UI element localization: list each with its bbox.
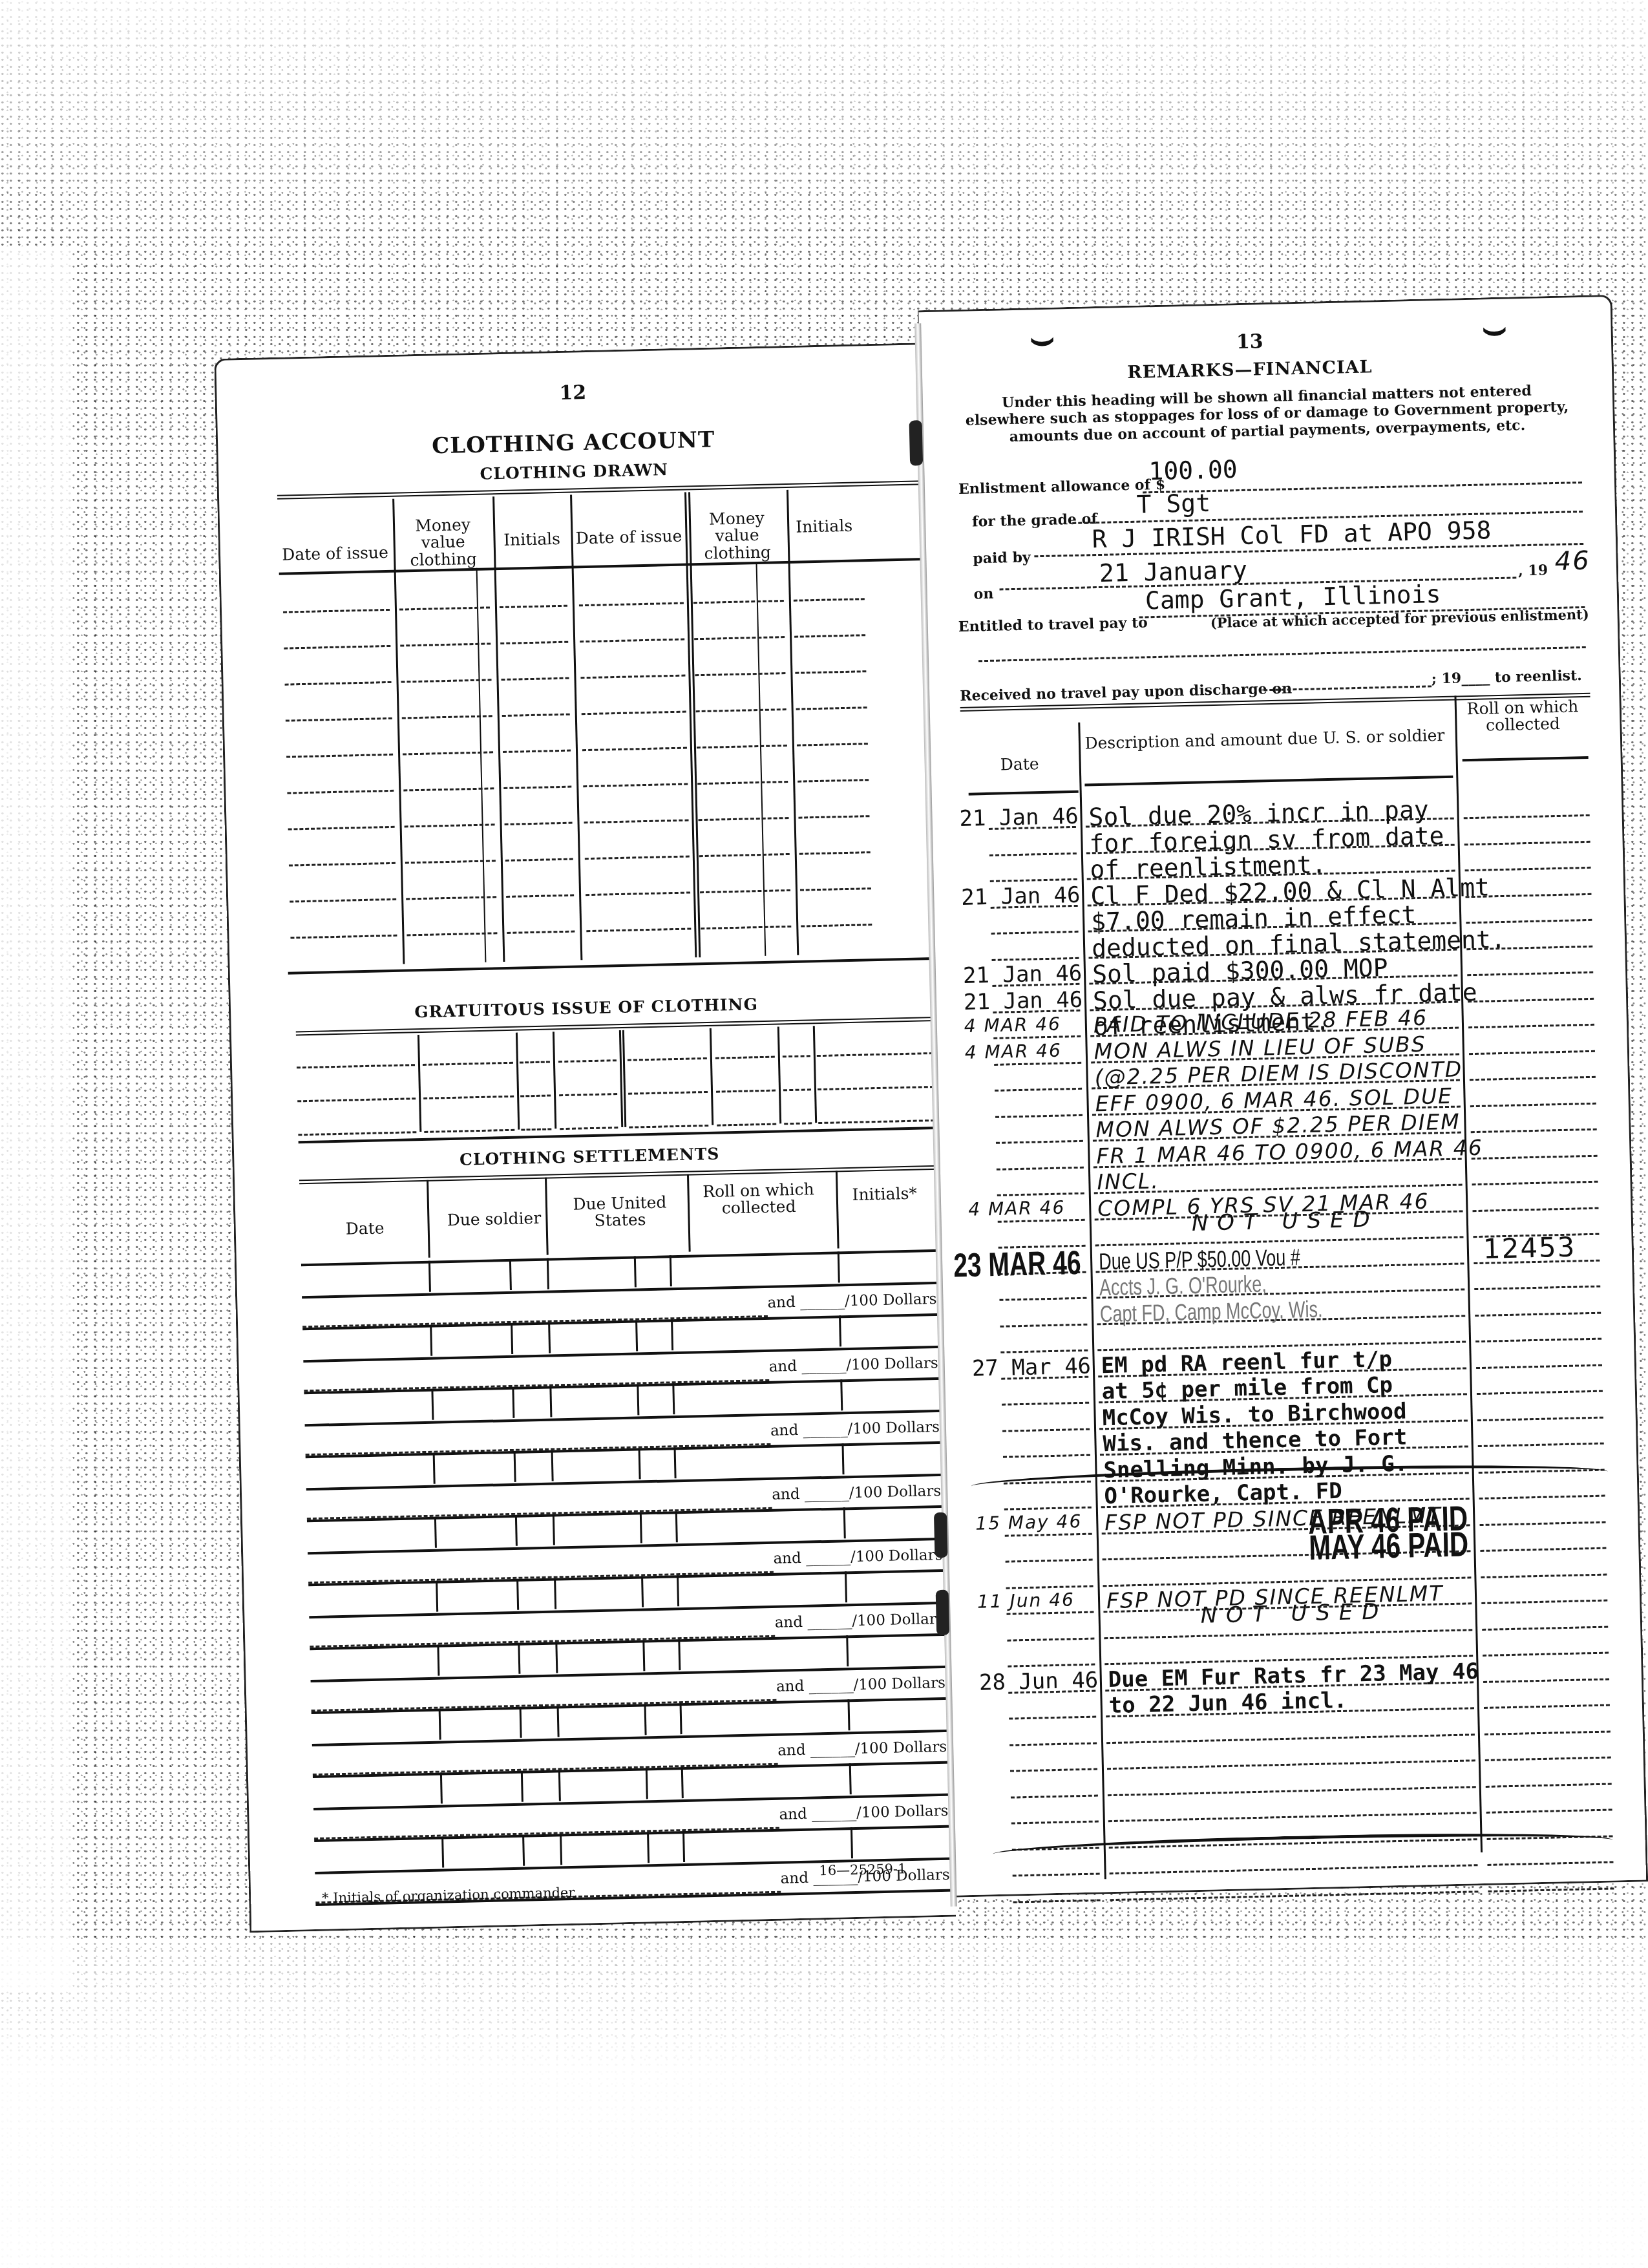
amount-words: and ______/100 Dollars. [767,1291,942,1311]
divider [307,1505,947,1522]
fill-line [978,646,1586,662]
col-divider [428,1261,431,1292]
ruled-line [1468,1024,1594,1028]
col-divider [516,1579,519,1610]
not-used-annotation: NOT USED [1200,1599,1388,1629]
col-divider [439,1709,441,1740]
col-divider [634,1256,637,1288]
col-divider [521,1771,523,1802]
amount-words: and ______/100 Dollars. [774,1611,949,1631]
grade-label: for the grade of [972,511,1097,530]
table-row [586,891,690,896]
entry-line: INCL. [1097,1168,1159,1194]
received-suffix: ; 19____ to reenlist. [1431,667,1583,687]
col-divider [560,1834,562,1865]
col-divider [437,1645,439,1676]
col-divider [640,1512,642,1543]
ruled-line [1464,840,1590,845]
ruled-line [1106,1733,1475,1744]
ruled-line [1472,1154,1598,1159]
table-row [400,642,491,646]
col-divider [641,1576,644,1607]
ruled-line [995,1088,1082,1092]
col-divider [512,1387,514,1418]
table-row [290,935,397,939]
ruled-line [991,931,1079,935]
table-row [289,862,396,867]
amount-words: and ______/100 Dollars. [779,1803,953,1823]
divider [304,1377,944,1394]
col-header: Initials [788,517,860,536]
col-divider [518,1643,520,1674]
ruled-line [1486,1783,1612,1787]
form-number: 16—25259-1 [819,1861,906,1878]
amount-words: and ______/100 Dollars. [776,1675,951,1695]
table-row [818,1086,934,1090]
table-row [582,711,686,715]
ruled-line [1005,1532,1092,1536]
table-row [583,783,688,788]
entry-line: Due US P/P $50.00 Vou # [1099,1244,1301,1275]
entry-date: 21 Jan 46 [963,960,1083,989]
ruled-line [1481,1600,1607,1604]
table-row [290,898,396,903]
table-row [406,896,496,900]
col-divider [836,1171,840,1248]
table-row [424,1129,514,1133]
ruled-line [1108,1786,1476,1796]
divider [299,1127,938,1143]
col-divider [674,1447,677,1478]
divider [314,1825,954,1842]
col-divider [430,1325,432,1356]
table-row [717,1123,776,1127]
ruled-line [1013,1872,1100,1876]
table-row [287,790,394,794]
col-divider [436,1581,438,1612]
ruled-line [1483,1652,1609,1657]
entry-date: 11 Jun 46 [977,1589,1075,1612]
page-number: 12 [559,381,587,405]
ruled-line [999,1297,1086,1301]
ruled-line [1110,1864,1478,1874]
col-divider [777,1026,781,1123]
table-row [558,1059,617,1063]
table-row [298,1131,416,1136]
ruled-line [1486,1808,1612,1813]
table-row [783,1088,811,1091]
table-row [403,751,493,755]
col-divider [813,1026,817,1123]
col-divider [838,1251,840,1282]
col-divider [678,1639,681,1670]
ruled-line [1469,1050,1595,1054]
table-row [507,931,575,934]
col-divider [644,1704,647,1735]
ruled-line [1488,1887,1614,1892]
scan-noise-fade [0,1939,1648,2268]
ruled-line [998,1218,1085,1222]
ruled-line [1485,1757,1611,1761]
amount-words: and ______/100 Dollars. [773,1547,947,1567]
col-header: Initials [494,531,569,549]
table-row [795,670,866,673]
ruled-line [1476,1364,1602,1368]
col-divider [520,1707,522,1738]
col-divider [639,1448,641,1479]
ruled-line [1465,867,1591,871]
ruled-line [1482,1626,1608,1630]
table-row [285,681,392,686]
col-divider [548,1322,551,1353]
ruled-line [1477,1390,1603,1395]
ruled-line [1477,1416,1603,1421]
table-row [794,634,865,637]
col-header: Due soldier [432,1209,556,1229]
open-booklet: 12 CLOTHING ACCOUNT CLOTHING DRAWN Date … [213,295,1638,1922]
intro-text: Under this heading will be shown all fin… [960,381,1575,447]
col-header: Date of issue [572,528,686,547]
binding-clip-icon [909,420,924,465]
table-row [697,745,787,748]
right-page: 13 ⌣ ⌣ REMARKS—FINANCIAL Under this head… [918,295,1648,1898]
col-divider [843,1507,846,1538]
entry-date: 23 MAR 46 [953,1243,1082,1284]
not-used-annotation: NOT USED [1191,1206,1379,1236]
ruled-line [1484,1730,1611,1735]
col-divider [558,1770,561,1801]
col-divider [646,1768,648,1799]
table-row [405,860,496,864]
table-row [286,754,393,758]
ruled-line [1475,1311,1601,1316]
divider [302,1313,942,1330]
ruled-line [1000,1323,1087,1327]
table-row [288,826,395,831]
col-subdivider [755,562,766,956]
ruled-line [994,1061,1081,1065]
col-divider [675,1511,678,1542]
col-divider [849,1763,852,1794]
travel-value: Camp Grant, Illinois [1145,580,1441,615]
table-row [423,1062,513,1066]
table-row [297,1064,415,1068]
enlistment-allowance-value: 100.00 [1148,455,1238,485]
table-row [560,1127,618,1130]
divider [1463,756,1589,761]
paid-stamp: MAY 46 PAID [1309,1524,1469,1568]
table-row [696,708,787,712]
entry-date: 4 MAR 46 [964,1039,1062,1063]
col-divider [622,1030,626,1127]
table-row [582,747,687,752]
divider [1084,776,1453,787]
table-row [801,924,872,927]
entry-date: 4 MAR 46 [968,1196,1066,1220]
ruled-line [1484,1704,1610,1709]
paid-by-label: paid by [973,549,1031,567]
col-divider [647,1832,650,1863]
table-row [629,1125,708,1129]
col-header: Roll on which collected [684,1181,833,1218]
col-header: Roll on which collected [1458,698,1588,735]
col-divider [427,1180,430,1258]
col-divider [441,1837,444,1868]
col-divider [547,1258,549,1289]
col-divider [431,1389,434,1420]
table-row [506,895,574,898]
table-row [403,787,494,791]
ruled-line [1007,1637,1094,1641]
ruled-line [1003,1454,1090,1458]
divider [313,1761,953,1778]
ruled-line [1475,1338,1601,1342]
col-divider [681,1767,684,1798]
ruled-line [1011,1794,1098,1798]
divider [310,1633,949,1650]
col-divider [515,1515,518,1546]
ruled-line [1013,1899,1101,1903]
ruled-line [1472,1181,1598,1185]
divider [277,480,924,500]
clothing-settlements-title: CLOTHING SETTLEMENTS [363,1142,816,1171]
table-row [399,606,490,610]
col-header: Money value clothing [688,509,787,562]
table-row [716,1090,776,1093]
table-row [521,1128,551,1130]
binding-clip-icon [936,1590,950,1635]
table-row [798,815,869,818]
table-row [286,717,392,722]
ruled-line [1104,1629,1472,1639]
table-row [800,887,871,891]
table-row [520,1061,550,1063]
table-row [283,609,390,613]
col-divider [433,1453,436,1484]
table-row [580,675,685,679]
table-row [797,743,868,746]
col-divider [672,1383,675,1414]
ruled-line [993,1035,1081,1039]
col-divider [522,1835,525,1866]
ruled-line [995,1114,1083,1118]
page-number: 13 [1236,330,1264,354]
scan-noise-fade [0,0,1648,246]
col-divider [516,1033,520,1130]
roll-number: 12453 [1483,1231,1576,1264]
col-divider [642,1640,645,1671]
ruled-line [1487,1861,1613,1865]
ruled-line [1011,1821,1099,1825]
ruled-line [1483,1678,1609,1682]
col-divider [434,1517,437,1548]
col-divider [635,1320,638,1351]
col-divider [551,1450,554,1481]
scan-noise-fade [0,246,71,1991]
ruled-line [1474,1286,1600,1290]
amount-words: and ______/100 Dollars. [768,1355,943,1375]
col-divider [846,1635,849,1666]
col-divider [840,1379,843,1410]
ruled-line [1471,1129,1597,1133]
col-header: Due United States [558,1194,682,1231]
divider [308,1569,948,1586]
table-row [796,706,867,710]
table-row [502,714,570,717]
table-row [586,927,691,932]
col-subdivider [476,568,487,962]
col-header: Date of issue [279,544,392,564]
table-row [697,781,788,785]
ruled-line [1006,1559,1093,1563]
table-row [698,817,788,821]
ruled-line [1478,1443,1604,1447]
table-row [402,715,492,719]
col-divider [549,1386,552,1417]
col-header: Initials* [836,1185,933,1204]
table-row [505,822,573,825]
col-divider [847,1699,850,1730]
ruled-line [1470,1102,1596,1107]
entry-line: to 22 Jun 46 incl. [1108,1688,1347,1719]
left-page: 12 CLOTHING ACCOUNT CLOTHING DRAWN Date … [214,343,956,1933]
col-divider [850,1827,853,1858]
col-divider [787,490,799,955]
divider [312,1697,951,1714]
divider [301,1249,941,1266]
table-row [401,679,492,683]
entry-date: 28 Jun 46 [978,1667,1098,1695]
table-row [423,1096,514,1099]
col-divider [677,1575,679,1606]
col-divider [710,1028,713,1125]
entry-date: 21 Jan 46 [959,803,1079,832]
col-divider [839,1315,841,1346]
table-row [405,823,495,827]
table-row [585,855,690,860]
col-divider [557,1706,560,1737]
entry-date: 15 May 46 [975,1510,1083,1534]
divider [306,1441,945,1458]
ruled-line [1010,1768,1097,1772]
col-divider [509,1259,512,1290]
table-row [584,820,689,824]
ruled-line [1468,997,1594,1002]
year-prefix: , 19 [1518,562,1548,579]
table-row [297,1097,416,1102]
ruled-line [1467,971,1593,976]
ruled-line [1006,1585,1093,1589]
clothing-drawn-title: CLOTHING DRAWN [380,458,768,486]
entry-date: 21 Jan 46 [964,986,1083,1015]
table-row [284,645,390,650]
ruled-line [989,852,1077,856]
col-divider [841,1443,844,1474]
travel-label: Entitled to travel pay to [958,614,1148,635]
ruled-line [997,1192,1084,1196]
table-row [699,853,790,857]
table-row [500,641,568,644]
staple-mark-icon: ⌣ [1481,306,1508,352]
table-row [693,600,784,604]
remarks-financial-title: REMARKS—FINANCIAL [1050,355,1451,385]
ruled-line [1009,1742,1097,1746]
col-header: Date [300,1219,430,1239]
amount-words: and ______/100 Dollars. [772,1483,946,1503]
table-row [407,932,497,936]
col-divider [514,1451,516,1482]
table-row [783,1055,810,1057]
ruled-line [1107,1759,1475,1770]
amount-words: and ______/100 Dollars. [777,1739,952,1759]
table-row [501,677,569,681]
ruled-line [1479,1495,1605,1500]
table-row [520,1094,551,1097]
table-row [784,1122,812,1125]
col-divider [555,1642,558,1673]
ruled-line [1002,1402,1089,1406]
col-header: Description and amount due U. S. or sold… [1084,727,1446,752]
on-label: on [973,586,993,603]
table-row [580,639,684,643]
table-row [715,1056,775,1059]
entry-line: Capt FD, Camp McCoy, Wis. [1100,1295,1323,1328]
entry-date: 21 Jan 46 [961,882,1081,910]
table-row [503,750,571,753]
table-row [628,1091,708,1095]
col-divider [845,1571,847,1602]
table-row [503,786,571,789]
ruled-line [997,1166,1084,1170]
table-row [694,636,785,640]
col-divider [682,1831,685,1862]
col-divider [492,496,505,962]
col-divider [553,1514,555,1545]
gratuitous-issue-title: GRATUITOUS ISSUE OF CLOTHING [360,993,812,1023]
col-divider [670,1255,672,1286]
entry-date: 27 Mar 46 [971,1353,1091,1381]
table-row [695,672,785,676]
table-row [794,598,865,601]
grade-value: T Sgt [1136,489,1210,519]
ruled-line [1473,1207,1599,1211]
ruled-line [1470,1076,1596,1081]
enlistment-allowance-label: Enlistment allowance of $ [958,476,1166,498]
amount-words: and ______/100 Dollars. [770,1419,945,1439]
clothing-account-title: CLOTHING ACCOUNT [347,425,800,461]
col-divider [671,1319,673,1350]
table-row [700,889,790,893]
ruled-line [1006,1611,1093,1615]
staple-mark-icon: ⌣ [1029,315,1055,361]
col-divider [553,1032,556,1129]
divider [969,790,1079,796]
table-row [701,926,791,929]
divider [288,957,935,975]
ruled-line [1480,1521,1606,1525]
on-value: 21 January [1099,556,1248,588]
ruled-line [1464,814,1590,819]
col-divider [440,1773,443,1804]
ruled-line [1009,1716,1096,1720]
ruled-line [996,1140,1083,1144]
binding-clip-icon [934,1512,948,1558]
year-value: 46 [1554,546,1590,577]
ruled-line [1108,1812,1477,1822]
col-divider [511,1323,513,1354]
table-row [818,1119,935,1124]
table-row [559,1093,617,1096]
